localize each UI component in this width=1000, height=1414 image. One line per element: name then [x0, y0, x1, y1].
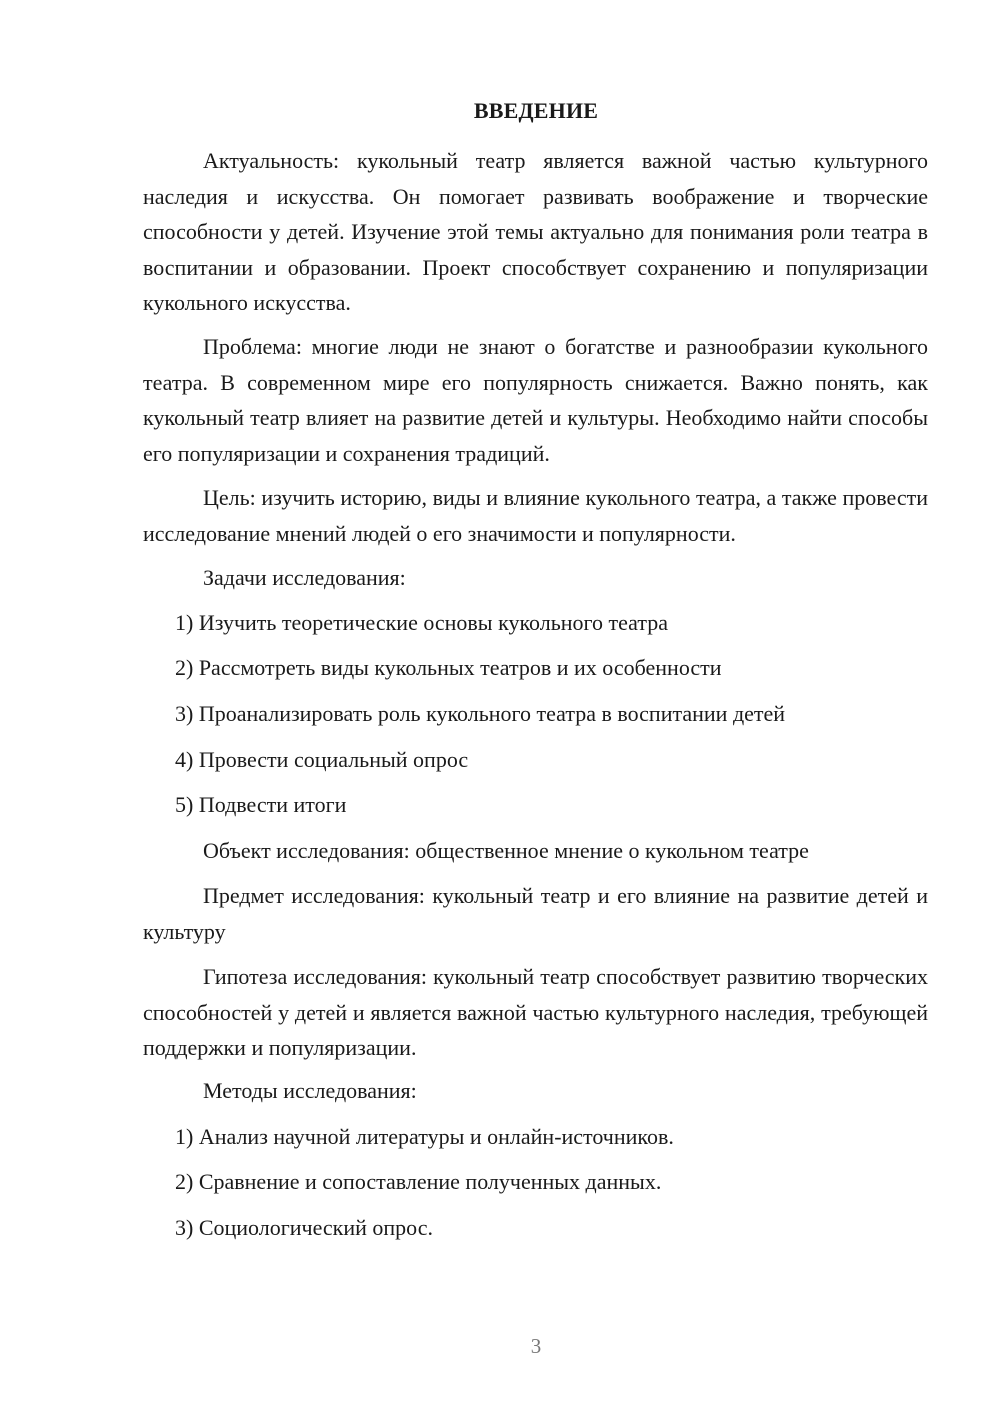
task-item: 2) Рассмотреть виды кукольных театров и …: [175, 653, 722, 683]
method-item: 1) Анализ научной литературы и онлайн-ис…: [175, 1122, 674, 1152]
page-number: 3: [0, 1332, 1000, 1360]
page-title: ВВЕДЕНИЕ: [0, 97, 1000, 125]
paragraph-problem: Проблема: многие люди не знают о богатст…: [143, 329, 928, 471]
task-item: 1) Изучить теоретические основы кукольно…: [175, 608, 668, 638]
task-item: 4) Провести социальный опрос: [175, 745, 468, 775]
research-object: Объект исследования: общественное мнение…: [203, 836, 809, 866]
document-page: ВВЕДЕНИЕ Актуальность: кукольный театр я…: [0, 0, 1000, 1414]
paragraph-goal: Цель: изучить историю, виды и влияние ку…: [143, 480, 928, 551]
task-item: 5) Подвести итоги: [175, 790, 346, 820]
methods-heading: Методы исследования:: [203, 1076, 417, 1106]
tasks-heading: Задачи исследования:: [203, 563, 406, 593]
paragraph-hypothesis: Гипотеза исследования: кукольный театр с…: [143, 959, 928, 1066]
task-item: 3) Проанализировать роль кукольного теат…: [175, 699, 785, 729]
method-item: 3) Социологический опрос.: [175, 1213, 433, 1243]
paragraph-subject: Предмет исследования: кукольный театр и …: [143, 878, 928, 949]
paragraph-relevance: Актуальность: кукольный театр является в…: [143, 143, 928, 321]
method-item: 2) Сравнение и сопоставление полученных …: [175, 1167, 661, 1197]
